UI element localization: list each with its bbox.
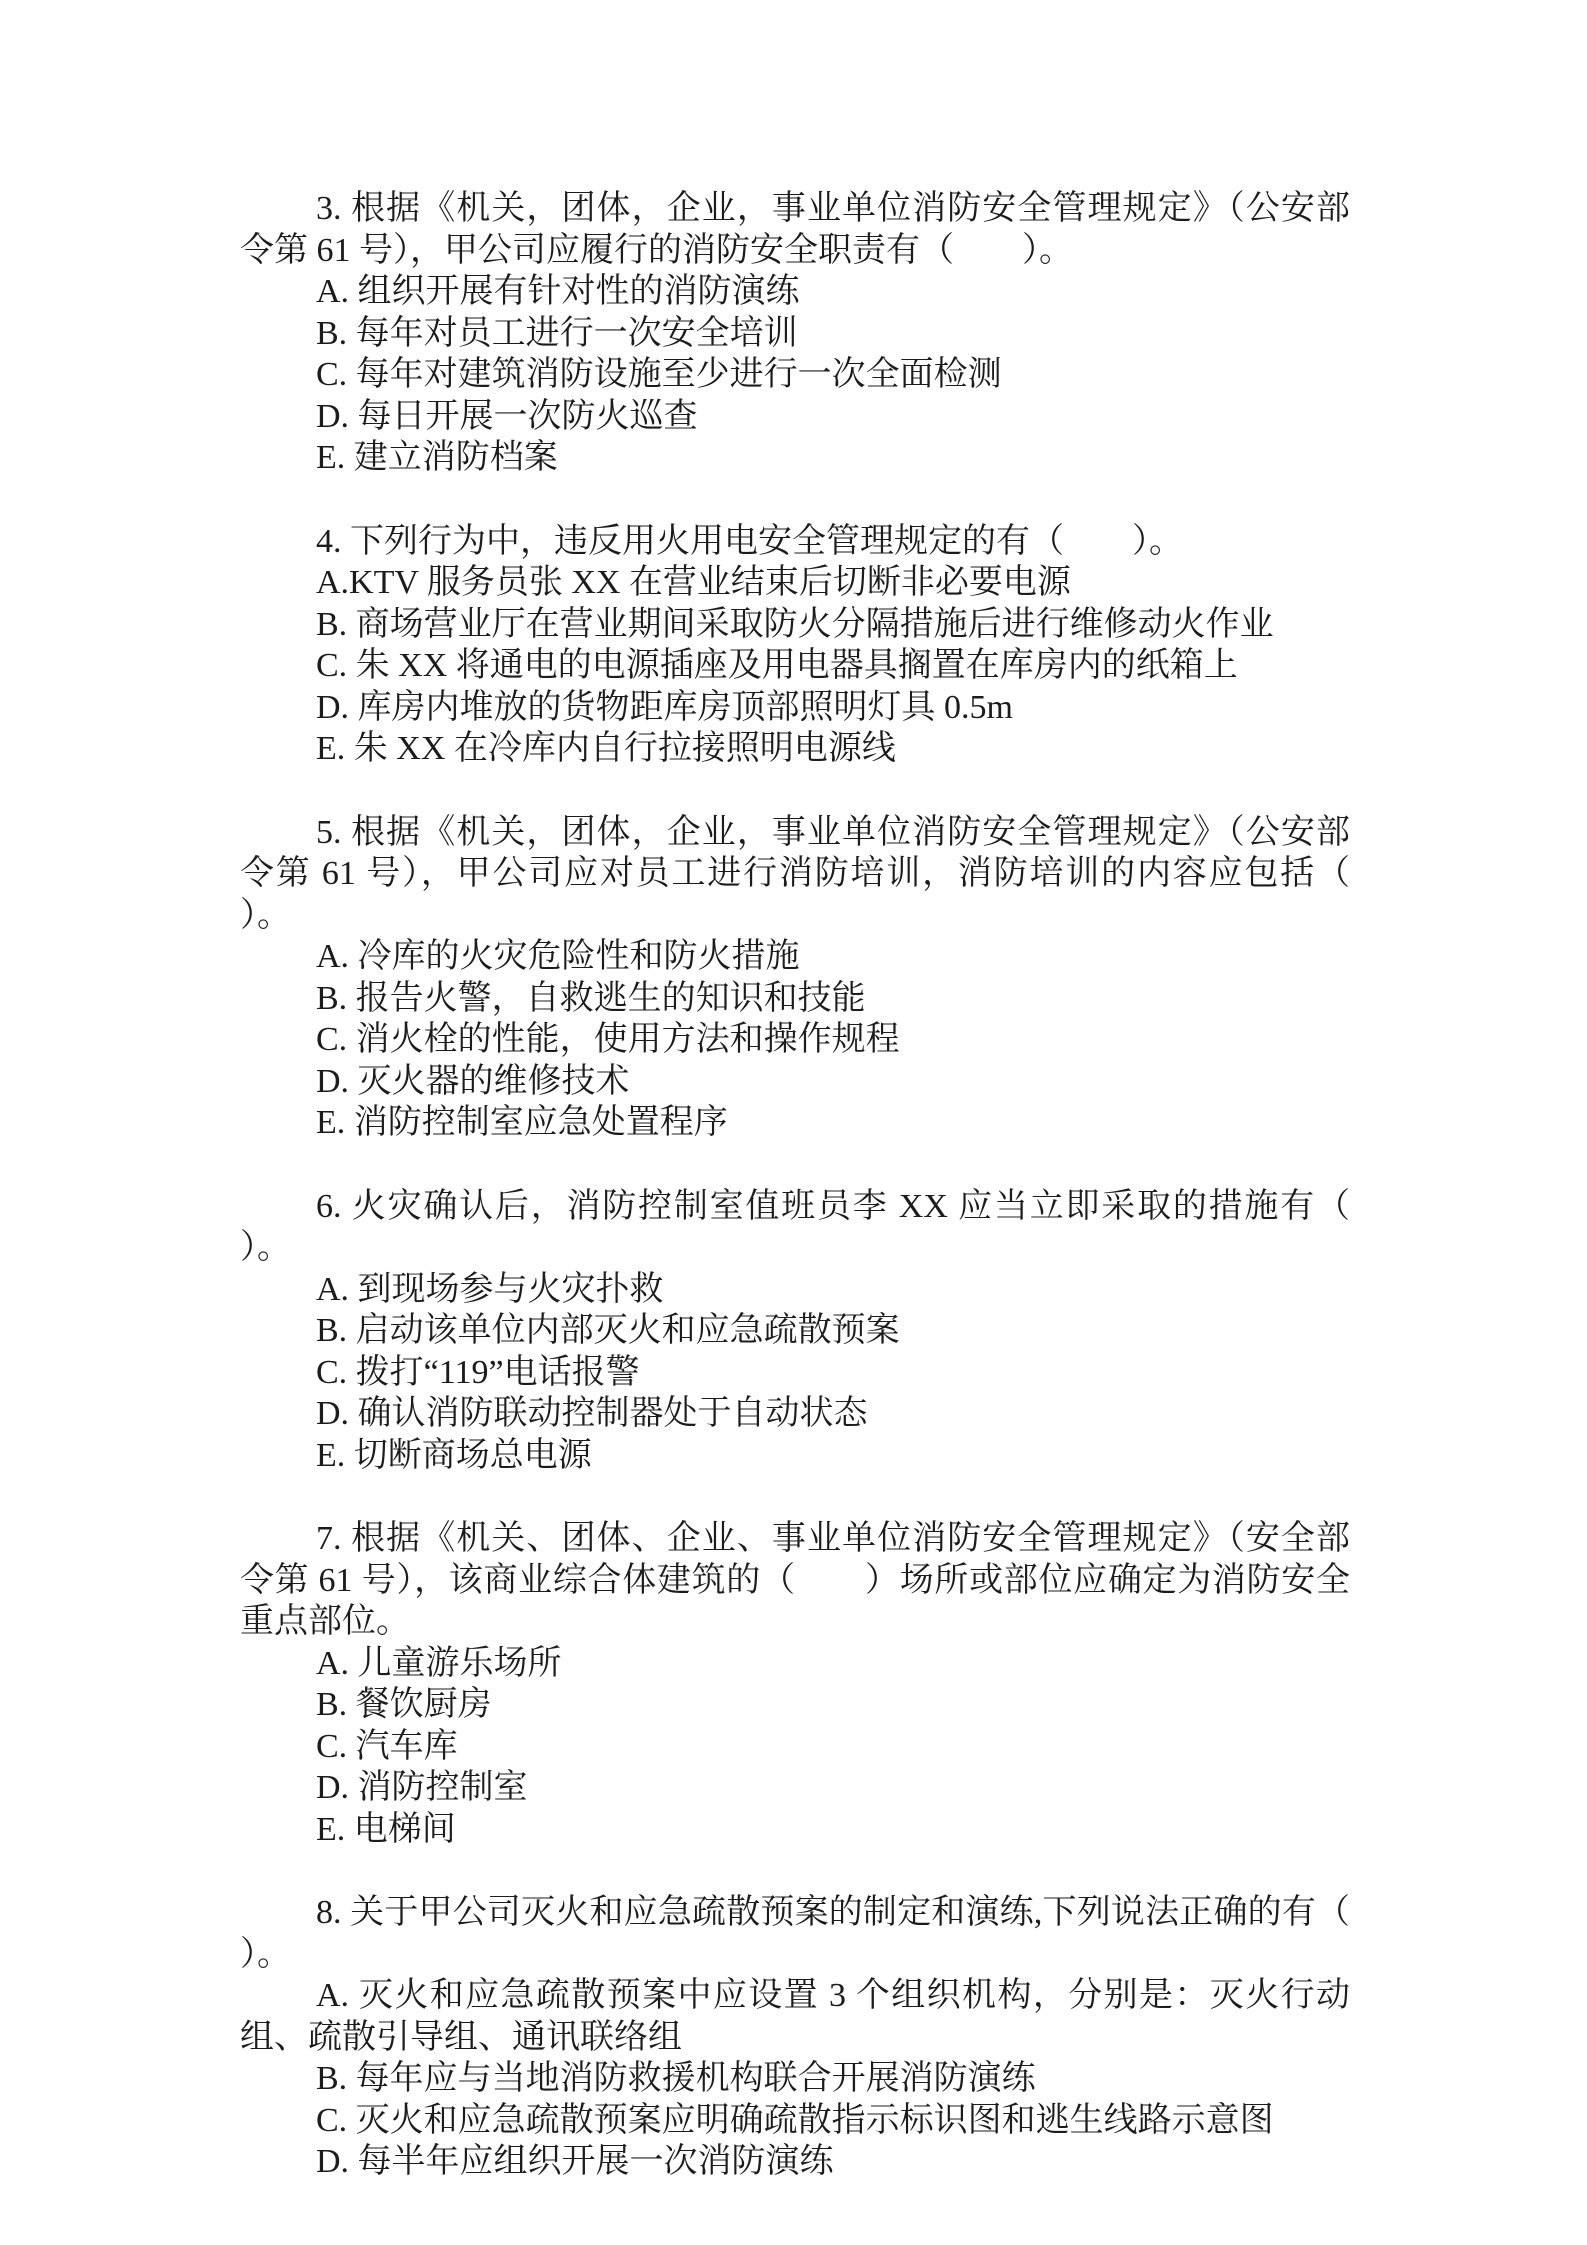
question-6: 6. 火灾确认后，消防控制室值班员李 XX 应当立即采取的措施有（ ）。 A. … bbox=[240, 1186, 1350, 1477]
question-4-option-c: C. 朱 XX 将通电的电源插座及用电器具搁置在库房内的纸箱上 bbox=[240, 645, 1350, 687]
question-7-stem: 7. 根据《机关、团体、企业、事业单位消防安全管理规定》（安全部令第 61 号）… bbox=[240, 1518, 1350, 1643]
question-3-option-e: E. 建立消防档案 bbox=[240, 437, 1350, 479]
question-6-option-d: D. 确认消防联动控制器处于自动状态 bbox=[240, 1393, 1350, 1435]
question-4-option-e: E. 朱 XX 在冷库内自行拉接照明电源线 bbox=[240, 728, 1350, 770]
question-3: 3. 根据《机关，团体，企业，事业单位消防安全管理规定》（公安部令第 61 号）… bbox=[240, 188, 1350, 479]
question-8-option-b: B. 每年应与当地消防救援机构联合开展消防演练 bbox=[240, 2058, 1350, 2100]
question-3-stem: 3. 根据《机关，团体，企业，事业单位消防安全管理规定》（公安部令第 61 号）… bbox=[240, 188, 1350, 271]
question-5-stem: 5. 根据《机关，团体，企业，事业单位消防安全管理规定》（公安部令第 61 号）… bbox=[240, 812, 1350, 937]
question-7-option-a: A. 儿童游乐场所 bbox=[240, 1643, 1350, 1685]
question-7-option-c: C. 汽车库 bbox=[240, 1726, 1350, 1768]
question-6-option-b: B. 启动该单位内部灭火和应急疏散预案 bbox=[240, 1310, 1350, 1352]
question-3-option-a: A. 组织开展有针对性的消防演练 bbox=[240, 271, 1350, 313]
question-6-stem: 6. 火灾确认后，消防控制室值班员李 XX 应当立即采取的措施有（ ）。 bbox=[240, 1186, 1350, 1269]
question-7-option-b: B. 餐饮厨房 bbox=[240, 1684, 1350, 1726]
question-8: 8. 关于甲公司灭火和应急疏散预案的制定和演练,下列说法正确的有（ ）。 A. … bbox=[240, 1892, 1350, 2183]
exam-questions-block: 3. 根据《机关，团体，企业，事业单位消防安全管理规定》（公安部令第 61 号）… bbox=[240, 188, 1350, 2225]
question-5-option-d: D. 灭火器的维修技术 bbox=[240, 1061, 1350, 1103]
question-6-option-a: A. 到现场参与火灾扑救 bbox=[240, 1269, 1350, 1311]
question-5-option-c: C. 消火栓的性能，使用方法和操作规程 bbox=[240, 1019, 1350, 1061]
question-5-option-a: A. 冷库的火灾危险性和防火措施 bbox=[240, 936, 1350, 978]
question-3-option-c: C. 每年对建筑消防设施至少进行一次全面检测 bbox=[240, 354, 1350, 396]
question-8-option-c: C. 灭火和应急疏散预案应明确疏散指示标识图和逃生线路示意图 bbox=[240, 2100, 1350, 2142]
question-7: 7. 根据《机关、团体、企业、事业单位消防安全管理规定》（安全部令第 61 号）… bbox=[240, 1518, 1350, 1850]
question-4-stem: 4. 下列行为中，违反用火用电安全管理规定的有（ ）。 bbox=[240, 521, 1350, 563]
question-4-option-a: A.KTV 服务员张 XX 在营业结束后切断非必要电源 bbox=[240, 562, 1350, 604]
question-4: 4. 下列行为中，违反用火用电安全管理规定的有（ ）。 A.KTV 服务员张 X… bbox=[240, 521, 1350, 770]
question-4-option-b: B. 商场营业厅在营业期间采取防火分隔措施后进行维修动火作业 bbox=[240, 604, 1350, 646]
question-3-option-b: B. 每年对员工进行一次安全培训 bbox=[240, 313, 1350, 355]
question-5-option-e: E. 消防控制室应急处置程序 bbox=[240, 1102, 1350, 1144]
question-8-option-a: A. 灭火和应急疏散预案中应设置 3 个组织机构，分别是：灭火行动组、疏散引导组… bbox=[240, 1975, 1350, 2058]
question-5-option-b: B. 报告火警，自救逃生的知识和技能 bbox=[240, 978, 1350, 1020]
document-page: 3. 根据《机关，团体，企业，事业单位消防安全管理规定》（公安部令第 61 号）… bbox=[0, 0, 1587, 2245]
question-7-option-e: E. 电梯间 bbox=[240, 1809, 1350, 1851]
question-5: 5. 根据《机关，团体，企业，事业单位消防安全管理规定》（公安部令第 61 号）… bbox=[240, 812, 1350, 1144]
question-4-option-d: D. 库房内堆放的货物距库房顶部照明灯具 0.5m bbox=[240, 687, 1350, 729]
question-3-option-d: D. 每日开展一次防火巡查 bbox=[240, 396, 1350, 438]
question-6-option-e: E. 切断商场总电源 bbox=[240, 1435, 1350, 1477]
question-8-stem: 8. 关于甲公司灭火和应急疏散预案的制定和演练,下列说法正确的有（ ）。 bbox=[240, 1892, 1350, 1975]
question-7-option-d: D. 消防控制室 bbox=[240, 1767, 1350, 1809]
question-6-option-c: C. 拨打“119”电话报警 bbox=[240, 1352, 1350, 1394]
question-8-option-d: D. 每半年应组织开展一次消防演练 bbox=[240, 2141, 1350, 2183]
